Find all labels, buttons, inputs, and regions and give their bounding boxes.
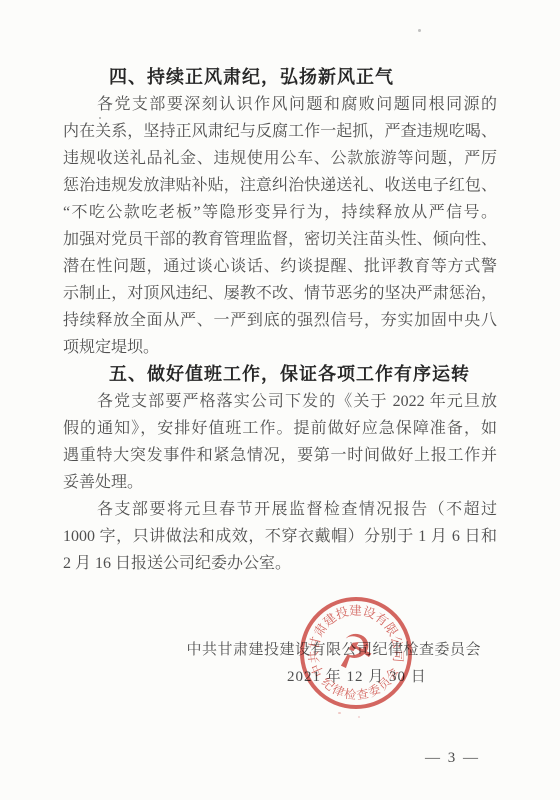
document-body: 四、持续正风肃纪，弘扬新风正气各党支部要深刻认识作风问题和腐败问题同根同源的内在… <box>63 64 497 577</box>
body-line: 2 月 16 日报送公司纪委办公室。 <box>63 550 497 577</box>
body-line: 遇重特大突发事件和紧急情况，要第一时间做好上报工作并 <box>63 442 497 469</box>
body-line: 妥善处理。 <box>63 469 497 496</box>
body-line: 潜在性问题，通过谈心谈话、约谈提醒、批评教育等方式警 <box>63 253 497 280</box>
signature-block: 中共甘肃建投建设有限公司纪律检查委员会 2021 年 12 月 30 日 <box>63 637 497 691</box>
seal-ink-speck <box>338 712 341 714</box>
signature-organization: 中共甘肃建投建设有限公司纪律检查委员会 <box>63 637 497 664</box>
body-line: 1000 字，只讲做法和成效，不穿衣戴帽）分别于 1 月 6 日和 <box>63 523 497 550</box>
page-number: — 3 — <box>425 750 480 767</box>
body-line: 加强对党员干部的教育管理监督，密切关注苗头性、倾向性、 <box>63 226 497 253</box>
document-page: 四、持续正风肃纪，弘扬新风正气各党支部要深刻认识作风问题和腐败问题同根同源的内在… <box>0 0 560 800</box>
seal-ink-speck <box>358 716 360 718</box>
official-seal-graphic: 中共甘肃建投建设有限公司 纪律检查委员会 ☭ <box>284 581 428 725</box>
body-line: 项规定堤坝。 <box>63 334 497 361</box>
body-line: “不吃公款吃老板”等隐形变异行为，持续释放从严信号。 <box>63 199 497 226</box>
hammer-and-sickle-icon: ☭ <box>331 623 379 680</box>
body-line: 各党支部要深刻认识作风问题和腐败问题同根同源的 <box>63 91 497 118</box>
official-seal: 中共甘肃建投建设有限公司 纪律检查委员会 ☭ <box>284 581 428 725</box>
body-line: 假的通知》，安排好值班工作。提前做好应急保障准备，如 <box>63 415 497 442</box>
body-line: 内在关系，坚持正风肃纪与反腐工作一起抓，严查违规吃喝、 <box>63 118 497 145</box>
scan-speck <box>99 117 101 119</box>
body-line: 示制止，对顶风违纪、屡教不改、情节恶劣的坚决严肃惩治， <box>63 280 497 307</box>
body-line: 各党支部要严格落实公司下发的《关于 2022 年元旦放 <box>63 388 497 415</box>
body-line: 惩治违规发放津贴补贴，注意纠治快递送礼、收送电子红包、 <box>63 172 497 199</box>
body-line: 各支部要将元旦春节开展监督检查情况报告（不超过 <box>63 496 497 523</box>
section-heading: 四、持续正风肃纪，弘扬新风正气 <box>63 64 497 91</box>
signature-date: 2021 年 12 月 30 日 <box>63 664 497 691</box>
scan-speck <box>418 29 421 32</box>
body-line: 持续释放全面从严、一严到底的强烈信号，夯实加固中央八 <box>63 307 497 334</box>
body-line: 违规收送礼品礼金、违规使用公车、公款旅游等问题，严厉 <box>63 145 497 172</box>
section-heading: 五、做好值班工作，保证各项工作有序运转 <box>63 361 497 388</box>
